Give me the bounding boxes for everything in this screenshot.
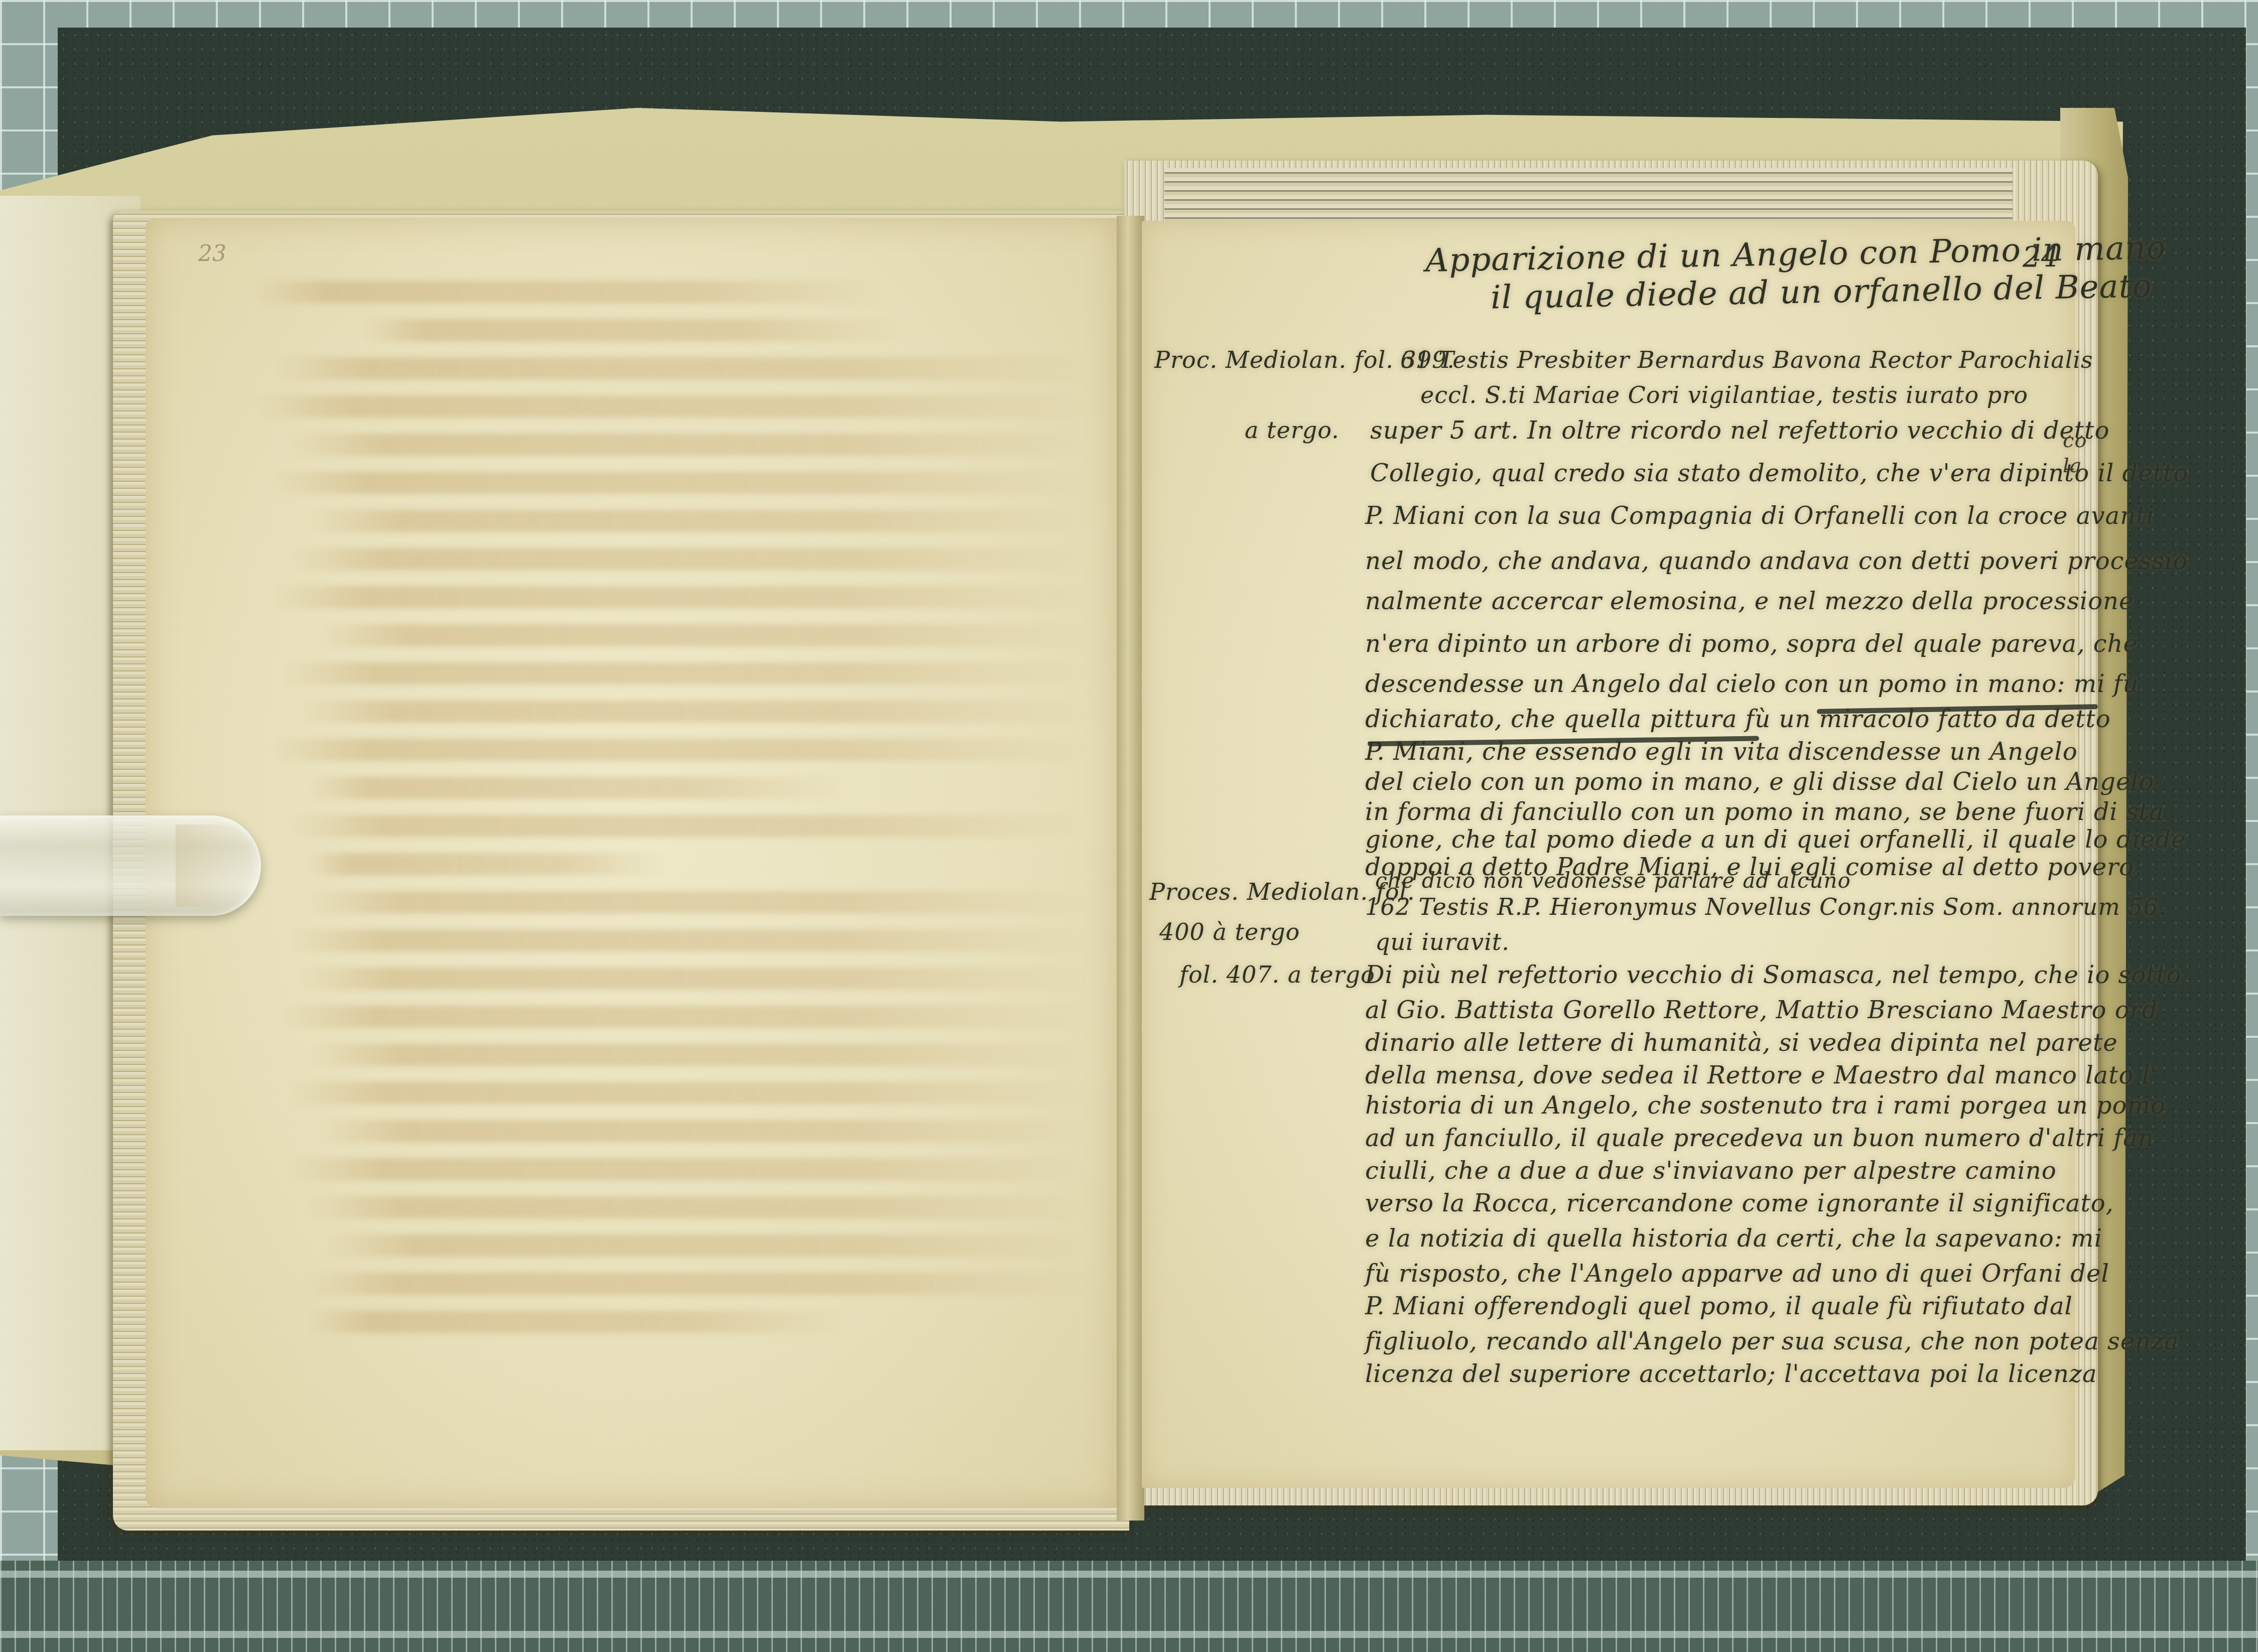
manuscript-line: nel modo, che andava, quando andava con … [1365,547,2188,575]
ruler-strip-bottom [0,1561,2258,1652]
manuscript-line: dinario alle lettere di humanità, si ved… [1365,1029,2118,1057]
manuscript-line: ad un fanciullo, il quale precedeva un b… [1365,1124,2154,1152]
folio-number: 24 [2023,241,2059,273]
manuscript-line: in forma di fanciullo con un pomo in man… [1365,798,2164,826]
manuscript-line: licenza del superiore accettarlo; l'acce… [1365,1360,2097,1388]
manuscript-line: qui iuravit. [1375,928,1510,955]
manuscript-line: e la notizia di quella historia da certi… [1365,1224,2102,1253]
book-gutter [1117,216,1144,1521]
manuscript-line: P. Miani offerendogli quel pomo, il qual… [1365,1292,2073,1320]
manuscript-line: 162 Testis R.P. Hieronymus Novellus Cong… [1365,893,2167,920]
manuscript-line: P. Miani con la sua Compagnia di Orfanel… [1365,502,2155,530]
manuscript-line: della mensa, dove sedea il Rettore e Mae… [1365,1061,2157,1089]
manuscript-line: historia di un Angelo, che sostenuto tra… [1365,1091,2166,1120]
manuscript-line: del cielo con un pomo in mano, e gli dis… [1365,768,2154,796]
margin-citation: fol. 407. a tergo [1179,961,1375,988]
left-page-number: 23 [198,241,226,266]
manuscript-line: al Gio. Battista Gorello Rettore, Mattio… [1365,996,2158,1024]
glass-weight [0,815,261,916]
manuscript-line: n'era dipinto un arbore di pomo, sopra d… [1365,630,2138,658]
margin-citation: 400 à tergo [1159,918,1300,945]
page-edges-top [1164,168,2013,223]
manuscript-line: fù risposto, che l'Angelo apparve ad uno… [1365,1260,2109,1288]
manuscript-line: Di più nel refettorio vecchio di Somasca… [1365,961,2182,989]
manuscript-line: ciulli, che a due a due s'inviavano per … [1365,1157,2057,1185]
manuscript-line: figliuolo, recando all'Angelo per sua sc… [1365,1327,2179,1355]
manuscript-line: verso la Rocca, ricercandone come ignora… [1365,1189,2114,1217]
edge-mark: la [2063,454,2082,477]
manuscript-line: 61 Testis Presbiter Bernardus Bavona Rec… [1400,346,2093,373]
manuscript-line: che dicio non vedonesse parlare ad alcun… [1375,868,1851,893]
manuscript-line: eccl. S.ti Mariae Cori vigilantiae, test… [1420,381,2028,408]
edge-mark: co [2063,429,2087,452]
manuscript-line: nalmente accercar elemosina, e nel mezzo… [1365,587,2134,615]
manuscript-line: gione, che tal pomo diede a un di quei o… [1365,825,2186,854]
margin-citation: a tergo. [1245,417,1340,444]
manuscript-line: descendesse un Angelo dal cielo con un p… [1365,670,2139,698]
bleed-through-text [181,281,1084,1435]
manuscript-line: super 5 art. In oltre ricordo nel refett… [1370,417,2109,445]
